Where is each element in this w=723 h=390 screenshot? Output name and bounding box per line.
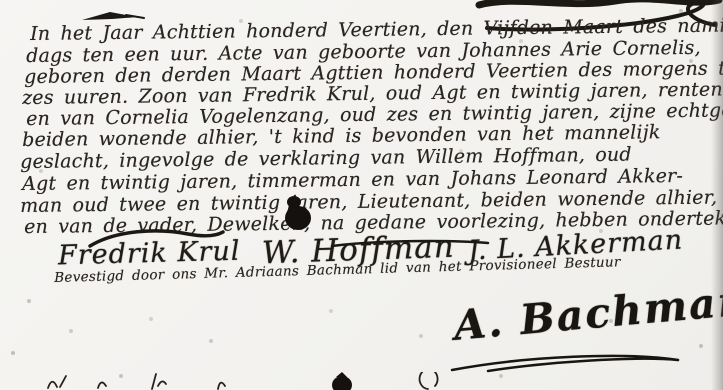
paper-speckles [0,0,2,2]
page-edge-shadow [711,0,723,390]
ink-blot-icon [277,193,319,233]
signature-bachman: A. Bachman [452,276,723,350]
signature-crossbar-icon [330,238,490,248]
cut-off-text-fragments-icon [40,372,460,390]
scanned-birth-record-page: In het Jaar Achttien honderd Veertien, d… [0,0,723,390]
signature-underline-flourish-icon [446,352,684,374]
